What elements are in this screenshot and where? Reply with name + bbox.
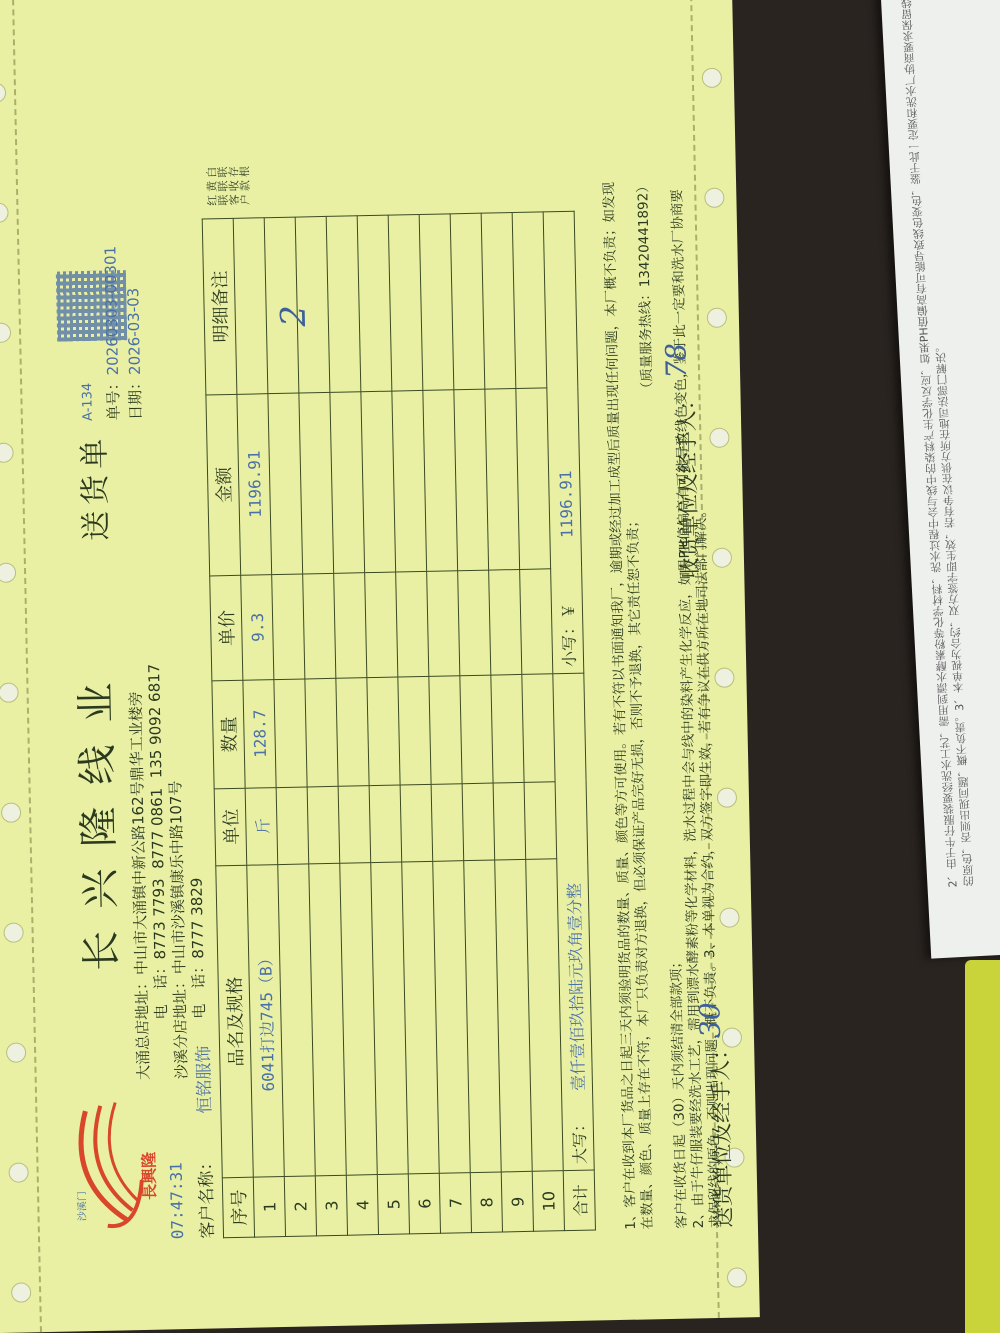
cell-remark [388, 214, 423, 390]
col-header: 金额 [206, 394, 241, 576]
cell-remark [233, 218, 268, 394]
copy-labels: 白联存根 黄联收款 红联客户 [206, 164, 311, 208]
date: 2026-03-03 [124, 288, 144, 376]
tractor-hole [714, 667, 734, 687]
background-paper: 2、由于牛仔服装要经洗水工艺，需用到漂水酵素粉等化学材料，洗水过程中会与线中的染… [880, 0, 1000, 959]
cell-unit [462, 783, 495, 861]
cell-no: 2 [284, 1176, 316, 1236]
cell-qty [429, 676, 462, 784]
branch-address-label: 沙溪分店地址： [171, 974, 191, 1079]
col-header: 序号 [222, 1177, 254, 1237]
document-type: 送货单 [69, 432, 115, 541]
copy-label-yellow: 黄联收款 [206, 180, 250, 195]
lower-label: 小写：￥ [558, 603, 578, 667]
copy-label-red: 红联客户 [206, 194, 250, 209]
delivery-form: 沙溪门 長興隆 07:47:31 长兴隆线业 送货单 大涌总店地址：中山市大涌镇… [44, 78, 708, 1241]
cell-no: 3 [315, 1175, 347, 1235]
tractor-hole [11, 1282, 31, 1302]
cell-price [272, 574, 305, 680]
cell-amount [268, 393, 303, 575]
company-logo: 沙溪门 長興隆 [65, 1089, 178, 1241]
tractor-hole [709, 428, 729, 448]
background-folder [965, 960, 1000, 1333]
cell-price: 9.3 [241, 574, 274, 680]
cell-unit [400, 784, 433, 862]
cell-qty [336, 678, 369, 786]
order-no-label: 单号： [104, 375, 123, 420]
company-addresses: 大涌总店地址：中山市大涌镇中新公路162号鼎华工业楼旁 电 话：8773 779… [126, 663, 211, 1080]
tractor-hole [0, 83, 6, 103]
cell-amount [392, 390, 427, 572]
tractor-hole [3, 922, 23, 942]
cell-unit [338, 785, 371, 863]
cell-amount [516, 388, 551, 570]
order-meta: 单号：20260303-00301 日期：2026-03-03 [99, 245, 147, 420]
customer-label: 客户名称： [196, 1153, 218, 1238]
cell-remark [450, 213, 485, 389]
cell-no: 1 [253, 1177, 285, 1237]
sender-signature-label: 送货单位及经手人： [704, 1039, 738, 1229]
cell-amount [299, 392, 334, 574]
cell-qty [522, 674, 555, 782]
tractor-hole [704, 188, 724, 208]
logo-brand-text: 長興隆 [136, 1152, 160, 1200]
cell-price [303, 573, 336, 679]
cell-no: 6 [408, 1173, 440, 1233]
cell-unit [276, 786, 309, 864]
col-header: 单位 [214, 788, 247, 866]
cell-qty [274, 679, 307, 787]
items-table: 序号 品名及规格 单位 数量 单价 金额 明细备注 16041打边745（B）斤… [202, 211, 596, 1239]
cell-price [520, 569, 553, 675]
hq-address-label: 大涌总店地址： [133, 975, 153, 1080]
cell-remark [481, 213, 516, 389]
total-label: 合计 [563, 1170, 595, 1230]
delivery-note-sheet: 沙溪门 長興隆 07:47:31 长兴隆线业 送货单 大涌总店地址：中山市大涌镇… [0, 0, 760, 1333]
tractor-hole [719, 907, 739, 927]
col-header: 单价 [210, 575, 243, 681]
cell-unit [493, 782, 526, 860]
cell-no: 10 [532, 1171, 564, 1231]
order-no: 20260303-00301 [101, 246, 122, 376]
cell-unit [369, 785, 402, 863]
cell-price [489, 569, 522, 675]
upper-label: 大写： [569, 1116, 589, 1164]
tractor-hole [0, 682, 19, 702]
receiver-signature-label: 收货单位及经手人： [670, 389, 704, 579]
customer: 客户名称：恒铭服饰 [189, 1045, 218, 1238]
cell-no: 4 [346, 1175, 378, 1235]
hq-phone-label: 电 话： [151, 959, 170, 1019]
cell-remark [512, 212, 547, 388]
customer-name: 恒铭服饰 [194, 1045, 215, 1113]
tractor-hole [8, 1162, 28, 1182]
cell-remark [419, 214, 454, 390]
col-header: 数量 [212, 680, 245, 788]
tractor-hole [6, 1042, 26, 1062]
cell-remark [326, 216, 361, 392]
background-paper-text: 2、由于牛仔服装要经洗水工艺，需用到漂水酵素粉等化学材料，洗水过程中会与线中的染… [898, 0, 977, 888]
handwritten-remark: 2 [274, 305, 314, 327]
col-header: 明细备注 [202, 218, 237, 394]
branch-address: 中山市沙溪镇康乐中路107号 [166, 780, 188, 974]
cell-unit [431, 783, 464, 861]
tractor-hole [0, 562, 16, 582]
tractor-hole [0, 323, 11, 343]
cell-amount [330, 391, 365, 573]
cell-unit: 斤 [245, 787, 278, 865]
print-time: 07:47:31 [166, 1162, 187, 1239]
tractor-hole [0, 443, 14, 463]
cell-no: 9 [501, 1171, 533, 1231]
tractor-hole [717, 787, 737, 807]
cell-price [458, 570, 491, 676]
tractor-hole [727, 1267, 747, 1287]
cell-unit [524, 781, 557, 859]
cell-amount [485, 388, 520, 570]
cell-qty [491, 675, 524, 783]
cell-qty [305, 678, 338, 786]
cell-no: 5 [377, 1174, 409, 1234]
cell-remark [357, 215, 392, 391]
cell-amount [423, 390, 458, 572]
cell-no: 8 [470, 1172, 502, 1232]
cell-qty [460, 675, 493, 783]
cell-amount [361, 391, 396, 573]
tractor-hole [1, 802, 21, 822]
cell-qty [398, 676, 431, 784]
cell-qty: 128.7 [243, 680, 276, 788]
cell-price [365, 572, 398, 678]
cell-price [427, 570, 460, 676]
sender-handwriting: 30 [693, 1002, 727, 1038]
cell-price [396, 571, 429, 677]
tractor-hole [0, 203, 9, 223]
cell-price [334, 572, 367, 678]
company-name: 长兴隆线业 [64, 660, 127, 971]
lower-amount: 1196.91 [556, 470, 576, 538]
cell-amount: 1196.91 [237, 393, 272, 575]
cell-unit [307, 786, 340, 864]
branch-phone-label: 电 话： [189, 959, 208, 1019]
copy-label-white: 白联存根 [206, 166, 250, 181]
tractor-hole [702, 68, 722, 88]
form-code: A-134 [80, 383, 96, 421]
cell-no: 7 [439, 1173, 471, 1233]
upper-amount: 壹仟壹佰玖拾陆元玖角壹分整 [564, 883, 587, 1091]
logo-small-text: 沙溪门 [73, 1191, 89, 1221]
tractor-hole [712, 548, 732, 568]
cell-amount [454, 389, 489, 571]
cell-qty [367, 677, 400, 785]
branch-phone: 8777 3829 [188, 877, 208, 958]
receiver-handwriting: 78 [659, 343, 693, 379]
date-label: 日期： [126, 375, 145, 420]
tractor-hole [707, 308, 727, 328]
